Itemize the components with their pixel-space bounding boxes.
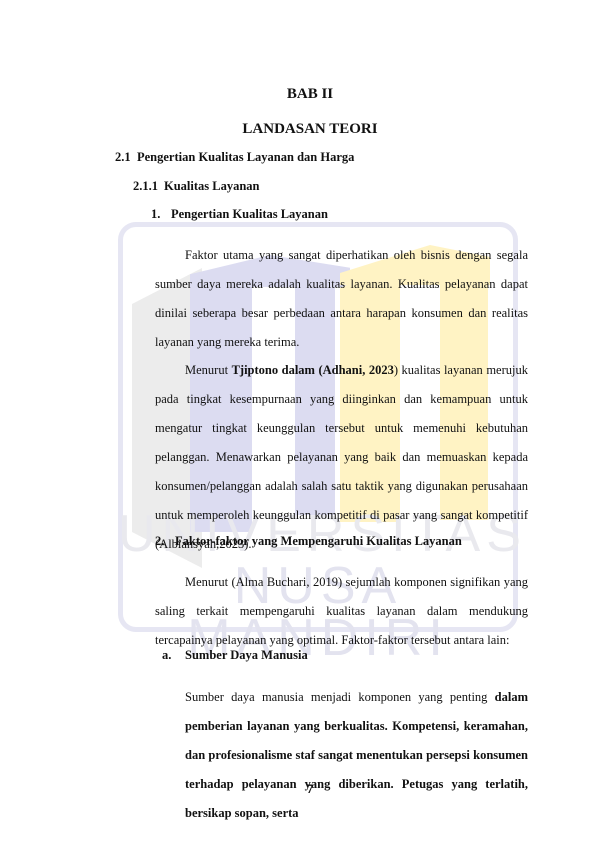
paragraph-menurut-tjiptono: Menurut Tjiptono dalam (Adhani, 2023) ku…: [155, 356, 528, 559]
sublist-letter: a.: [162, 648, 185, 663]
sublist-heading-a: a.Sumber Daya Manusia: [162, 648, 308, 663]
subsection-heading-2-1-1: 2.1.1Kualitas Layanan: [133, 179, 260, 194]
paragraph-faktor-utama: Faktor utama yang sangat diperhatikan ol…: [155, 241, 528, 357]
paragraph-text: ) kualitas layanan merujuk pada tingkat …: [155, 363, 528, 551]
paragraph-text: Menurut: [185, 363, 232, 377]
section-number: 2.1: [115, 150, 137, 165]
list-heading-title: Faktor-faktor yang Mempengaruhi Kualitas…: [175, 534, 462, 548]
sublist-heading-title: Sumber Daya Manusia: [185, 648, 308, 662]
paragraph-text: Sumber daya manusia menjadi komponen yan…: [185, 690, 495, 704]
chapter-title: LANDASAN TEORI: [0, 121, 595, 138]
subsection-title: Kualitas Layanan: [164, 179, 260, 193]
paragraph-sumber-daya-manusia: Sumber daya manusia menjadi komponen yan…: [185, 683, 528, 828]
paragraph-text-bold: dalam pemberian layanan yang berkualitas…: [185, 690, 528, 820]
list-heading-2: 2.Faktor-faktor yang Mempengaruhi Kualit…: [155, 534, 462, 549]
subsection-number: 2.1.1: [133, 179, 164, 194]
section-title: Pengertian Kualitas Layanan dan Harga: [137, 150, 354, 164]
list-heading-title: Pengertian Kualitas Layanan: [171, 207, 328, 221]
list-heading-1: 1.Pengertian Kualitas Layanan: [151, 207, 328, 222]
paragraph-menurut-alma-buchari: Menurut (Alma Buchari, 2019) sejumlah ko…: [155, 568, 528, 655]
section-heading-2-1: 2.1Pengertian Kualitas Layanan dan Harga: [115, 150, 354, 165]
list-number: 1.: [151, 207, 171, 222]
page-number: 7: [0, 782, 595, 797]
citation-bold: Tjiptono dalam (Adhani, 2023: [232, 363, 394, 377]
list-number: 2.: [155, 534, 175, 549]
chapter-label: BAB II: [0, 86, 595, 103]
